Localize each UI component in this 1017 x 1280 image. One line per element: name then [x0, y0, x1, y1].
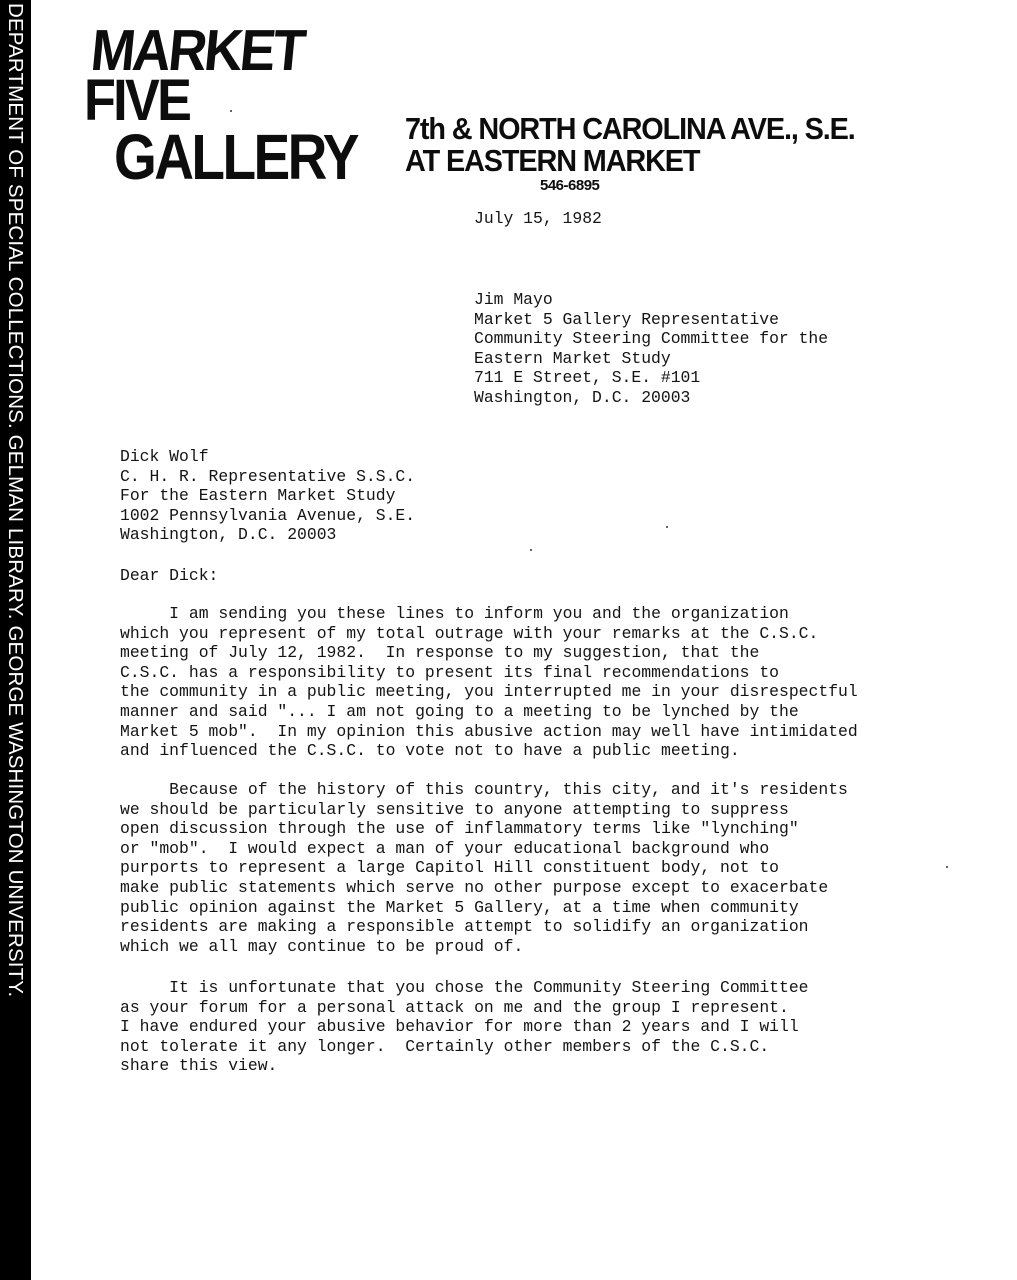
text-line: 1002 Pennsylvania Avenue, S.E. [120, 506, 415, 526]
letter-date: July 15, 1982 [474, 209, 602, 229]
text-line: Dick Wolf [120, 447, 415, 467]
text-line: and influenced the C.S.C. to vote not to… [120, 741, 858, 761]
text-line: For the Eastern Market Study [120, 486, 415, 506]
text-line: or "mob". I would expect a man of your e… [120, 839, 848, 859]
text-line: Community Steering Committee for the [474, 329, 828, 349]
text-line: the community in a public meeting, you i… [120, 682, 858, 702]
sender-address-block: Jim MayoMarket 5 Gallery RepresentativeC… [474, 290, 828, 408]
body-paragraph-3: It is unfortunate that you chose the Com… [120, 978, 809, 1076]
text-line: make public statements which serve no ot… [120, 878, 848, 898]
archive-side-strip: DEPARTMENT OF SPECIAL COLLECTIONS. GELMA… [0, 0, 31, 1280]
text-line: we should be particularly sensitive to a… [120, 800, 848, 820]
text-line: 711 E Street, S.E. #101 [474, 368, 828, 388]
text-line: public opinion against the Market 5 Gall… [120, 898, 848, 918]
text-line: open discussion through the use of infla… [120, 819, 848, 839]
text-line: C.S.C. has a responsibility to present i… [120, 663, 858, 683]
text-line: Jim Mayo [474, 290, 828, 310]
scan-speck [230, 110, 232, 112]
address-line-street: 7th & NORTH CAROLINA AVE., S.E. [405, 113, 855, 145]
text-line: Market 5 Gallery Representative [474, 310, 828, 330]
text-line: share this view. [120, 1056, 809, 1076]
recipient-address-block: Dick WolfC. H. R. Representative S.S.C.F… [120, 447, 415, 545]
text-line: Washington, D.C. 20003 [474, 388, 828, 408]
text-line: Market 5 mob". In my opinion this abusiv… [120, 722, 858, 742]
text-line: Washington, D.C. 20003 [120, 525, 415, 545]
text-line: meeting of July 12, 1982. In response to… [120, 643, 858, 663]
text-line: C. H. R. Representative S.S.C. [120, 467, 415, 487]
text-line: which we all may continue to be proud of… [120, 937, 848, 957]
scan-speck [530, 549, 532, 551]
scan-speck [946, 866, 948, 868]
archive-attribution: DEPARTMENT OF SPECIAL COLLECTIONS. GELMA… [0, 0, 31, 997]
text-line: residents are making a responsible attem… [120, 917, 848, 937]
text-line: It is unfortunate that you chose the Com… [120, 978, 809, 998]
gallery-logo: MARKET FIVE GALLERY [84, 22, 344, 192]
text-line: not tolerate it any longer. Certainly ot… [120, 1037, 809, 1057]
text-line: which you represent of my total outrage … [120, 624, 858, 644]
text-line: Because of the history of this country, … [120, 780, 848, 800]
logo-line-gallery: GALLERY [114, 125, 357, 189]
scan-speck [666, 526, 668, 528]
letterhead-phone: 546-6895 [540, 177, 599, 194]
text-line: Eastern Market Study [474, 349, 828, 369]
body-paragraph-1: I am sending you these lines to inform y… [120, 604, 858, 761]
address-line-market: AT EASTERN MARKET [405, 145, 855, 177]
text-line: as your forum for a personal attack on m… [120, 998, 809, 1018]
text-line: I am sending you these lines to inform y… [120, 604, 858, 624]
letterhead-address: 7th & NORTH CAROLINA AVE., S.E. AT EASTE… [405, 113, 889, 177]
salutation: Dear Dick: [120, 566, 218, 586]
text-line: purports to represent a large Capitol Hi… [120, 858, 848, 878]
body-paragraph-2: Because of the history of this country, … [120, 780, 848, 956]
text-line: I have endured your abusive behavior for… [120, 1017, 809, 1037]
text-line: manner and said "... I am not going to a… [120, 702, 858, 722]
